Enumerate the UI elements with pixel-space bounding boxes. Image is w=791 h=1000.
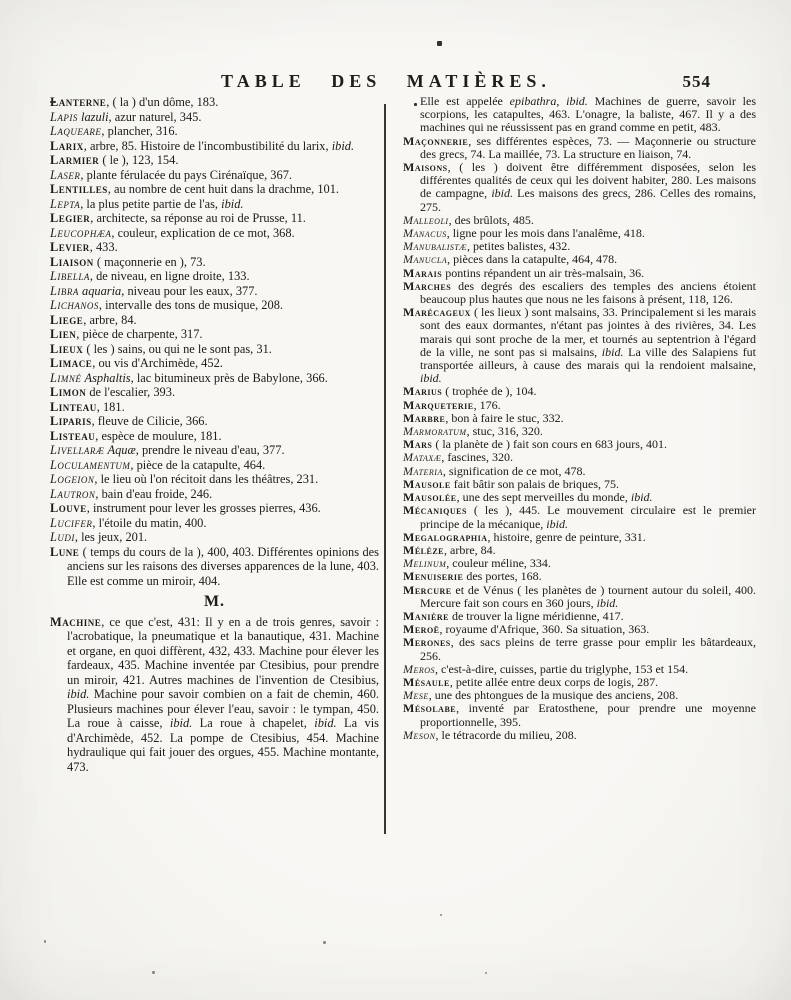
entry-term: Manière <box>403 609 449 623</box>
entry-term: Mese <box>403 688 429 702</box>
index-entry: Machine, ce que c'est, 431: Il y en a de… <box>50 615 379 775</box>
index-entry: Lapis lazuli, azur naturel, 345. <box>50 110 379 125</box>
entry-term: Lanterne <box>50 95 106 109</box>
index-entry: Larix, arbre, 85. Histoire de l'incombus… <box>50 139 379 154</box>
entry-term: Machine <box>50 615 101 629</box>
entry-term: Libra <box>50 284 79 298</box>
entry-term: Loculamentum <box>50 458 130 472</box>
left-column: Lanterne, ( la ) d'un dôme, 183.Lapis la… <box>50 95 379 774</box>
entry-term: Lentilles <box>50 182 108 196</box>
entry-term: Lautron <box>50 487 95 501</box>
scanned-book-page: TABLE DES MATIÈRES. 554 Lanterne, ( la )… <box>0 0 791 1000</box>
entry-term: Limace <box>50 356 92 370</box>
entry-term: Lucifer <box>50 516 92 530</box>
entry-term: Meroë <box>403 622 440 636</box>
entry-term: Marbre <box>403 411 445 425</box>
entry-term: Larmier <box>50 153 99 167</box>
index-entry: Megalographia, histoire, genre de peintu… <box>403 531 756 544</box>
index-entry: Marais pontins répandent un air très-mal… <box>403 267 756 280</box>
index-entry: Lautron, bain d'eau froide, 246. <box>50 487 379 502</box>
entry-term: Mercure <box>403 583 452 597</box>
entry-term: Marqueterie <box>403 398 474 412</box>
index-entry: Mésolabe, inventé par Eratosthene, pour … <box>403 702 756 728</box>
section-heading: M. <box>50 588 379 615</box>
index-entry: Manucla, pièces dans la catapulte, 464, … <box>403 253 756 266</box>
entry-term: Mésolabe <box>403 701 456 715</box>
entry-term: Lepta <box>50 197 80 211</box>
entry-term: Mars <box>403 437 432 451</box>
index-entry: Marches des degrés des escaliers des tem… <box>403 280 756 306</box>
index-entry: Livellaræ Aquæ, prendre le niveau d'eau,… <box>50 443 379 458</box>
index-entry: Louve, instrument pour lever les grosses… <box>50 501 379 516</box>
scan-speck <box>414 103 417 106</box>
index-entry: Larmier ( le ), 123, 154. <box>50 153 379 168</box>
entry-term: Materia <box>403 464 443 478</box>
page-header: TABLE DES MATIÈRES. 554 <box>0 71 791 95</box>
index-entry: Lepta, la plus petite partie de l'as, ib… <box>50 197 379 212</box>
entry-term: Logeion <box>50 472 94 486</box>
entry-term: Lune <box>50 545 79 559</box>
entry-term: Laqueare <box>50 124 101 138</box>
page-title: TABLE DES MATIÈRES. <box>0 71 772 92</box>
index-entry: Limon de l'escalier, 393. <box>50 385 379 400</box>
scan-speck <box>323 941 326 944</box>
index-entry: Lucifer, l'étoile du matin, 400. <box>50 516 379 531</box>
entry-term: Manubalistæ <box>403 239 467 253</box>
entry-term: Lapis <box>50 110 78 124</box>
index-entry: Marqueterie, 176. <box>403 399 756 412</box>
index-entry: Laser, plante férulacée du pays Cirénaïq… <box>50 168 379 183</box>
entry-term: Marches <box>403 279 451 293</box>
index-entry: Ludi, les jeux, 201. <box>50 530 379 545</box>
entry-term: Menuiserie <box>403 569 463 583</box>
entry-term: Lien <box>50 327 76 341</box>
right-column: Elle est appelée epibathra, ibid. Machin… <box>403 95 756 742</box>
index-entry: Marécageux ( les lieux ) sont malsains, … <box>403 306 756 385</box>
index-entry: Listeau, espèce de moulure, 181. <box>50 429 379 444</box>
scan-speck <box>44 940 46 943</box>
index-entry: Mataxæ, fascines, 320. <box>403 451 756 464</box>
entry-term: Legier <box>50 211 90 225</box>
entry-term: Liege <box>50 313 83 327</box>
entry-term: Maçonnerie <box>403 134 468 148</box>
entry-term: Merones <box>403 635 451 649</box>
entry-term: Livellaræ <box>50 443 104 457</box>
index-entry: Limné Asphaltis, lac bitumineux près de … <box>50 371 379 386</box>
scan-speck <box>152 971 155 974</box>
index-entry: Merones, des sacs pleins de terre grasse… <box>403 636 756 662</box>
index-entry: Logeion, le lieu où l'on récitoit dans l… <box>50 472 379 487</box>
index-entry: Libra aquaria, niveau pour les eaux, 377… <box>50 284 379 299</box>
entry-term: Manucla <box>403 252 447 266</box>
entry-term: Mausole <box>403 477 451 491</box>
index-entry: Mercure et de Vénus ( les planètes de ) … <box>403 584 756 610</box>
entry-term: Leucophæa <box>50 226 111 240</box>
index-entry: Legier, architecte, sa réponse au roi de… <box>50 211 379 226</box>
entry-term: Libella <box>50 269 90 283</box>
entry-term: Lichanos <box>50 298 99 312</box>
index-entry: Laqueare, plancher, 316. <box>50 124 379 139</box>
scan-speck <box>485 972 487 974</box>
scan-speck <box>50 101 56 103</box>
entry-term: Lieux <box>50 342 83 356</box>
entry-term: Melinum <box>403 556 446 570</box>
index-entry: Menuiserie des portes, 168. <box>403 570 756 583</box>
entry-term: Meson <box>403 728 436 742</box>
entry-term: Liaison <box>50 255 94 269</box>
index-entry: Liege, arbre, 84. <box>50 313 379 328</box>
index-entry: Meson, le tétracorde du milieu, 208. <box>403 729 756 742</box>
index-entry: Linteau, 181. <box>50 400 379 415</box>
index-entry: Lieux ( les ) sains, ou qui ne le sont p… <box>50 342 379 357</box>
index-entry: Lichanos, intervalle des tons de musique… <box>50 298 379 313</box>
entry-term: Mataxæ <box>403 450 441 464</box>
entry-term: Marius <box>403 384 442 398</box>
entry-term: Marmoratum <box>403 424 467 438</box>
entry-term: Limon <box>50 385 86 399</box>
entry-term: Marais <box>403 266 442 280</box>
index-entry: Maçonnerie, ses différentes espèces, 73.… <box>403 135 756 161</box>
page-number: 554 <box>683 72 712 92</box>
entry-term: Larix <box>50 139 84 153</box>
entry-term: Mécaniques <box>403 503 467 517</box>
entry-term: Marécageux <box>403 305 471 319</box>
index-entry: Leucophæa, couleur, explication de ce mo… <box>50 226 379 241</box>
index-entry: Libella, de niveau, en ligne droite, 133… <box>50 269 379 284</box>
index-entry: Lien, pièce de charpente, 317. <box>50 327 379 342</box>
scan-speck <box>437 41 442 46</box>
entry-term: Mélèze <box>403 543 444 557</box>
entry-term: Louve <box>50 501 87 515</box>
index-entry: Lune ( temps du cours de la ), 400, 403.… <box>50 545 379 589</box>
column-divider-rule <box>384 104 386 834</box>
scan-speck <box>440 914 442 916</box>
index-entry: Mécaniques ( les ), 445. Le mouvement ci… <box>403 504 756 530</box>
entry-term: Maisons <box>403 160 448 174</box>
entry-term: Mausolée <box>403 490 457 504</box>
entry-term: Malleoli <box>403 213 449 227</box>
entry-term: Laser <box>50 168 80 182</box>
index-entry: Lanterne, ( la ) d'un dôme, 183. <box>50 95 379 110</box>
entry-term: Listeau <box>50 429 95 443</box>
index-entry: Lentilles, au nombre de cent huit dans l… <box>50 182 379 197</box>
index-entry: Meros, c'est-à-dire, cuisses, partie du … <box>403 663 756 676</box>
index-entry: Maisons, ( les ) doivent être différemme… <box>403 161 756 214</box>
entry-term: Megalographia <box>403 530 488 544</box>
index-entry: Loculamentum, pièce de la catapulte, 464… <box>50 458 379 473</box>
entry-term: Levier <box>50 240 90 254</box>
index-entry: Levier, 433. <box>50 240 379 255</box>
entry-term: Linteau <box>50 400 97 414</box>
entry-term: Ludi <box>50 530 75 544</box>
index-entry: Liaison ( maçonnerie en ), 73. <box>50 255 379 270</box>
entry-term: Liparis <box>50 414 92 428</box>
index-entry-continuation: Elle est appelée epibathra, ibid. Machin… <box>403 95 756 135</box>
entry-term: Meros <box>403 662 435 676</box>
index-entry: Limace, ou vis d'Archimède, 452. <box>50 356 379 371</box>
index-entry: Liparis, fleuve de Cilicie, 366. <box>50 414 379 429</box>
index-entry: Materia, signification de ce mot, 478. <box>403 465 756 478</box>
entry-term: Mésaule <box>403 675 450 689</box>
entry-term: Manacus <box>403 226 447 240</box>
entry-term: Limné <box>50 371 81 385</box>
